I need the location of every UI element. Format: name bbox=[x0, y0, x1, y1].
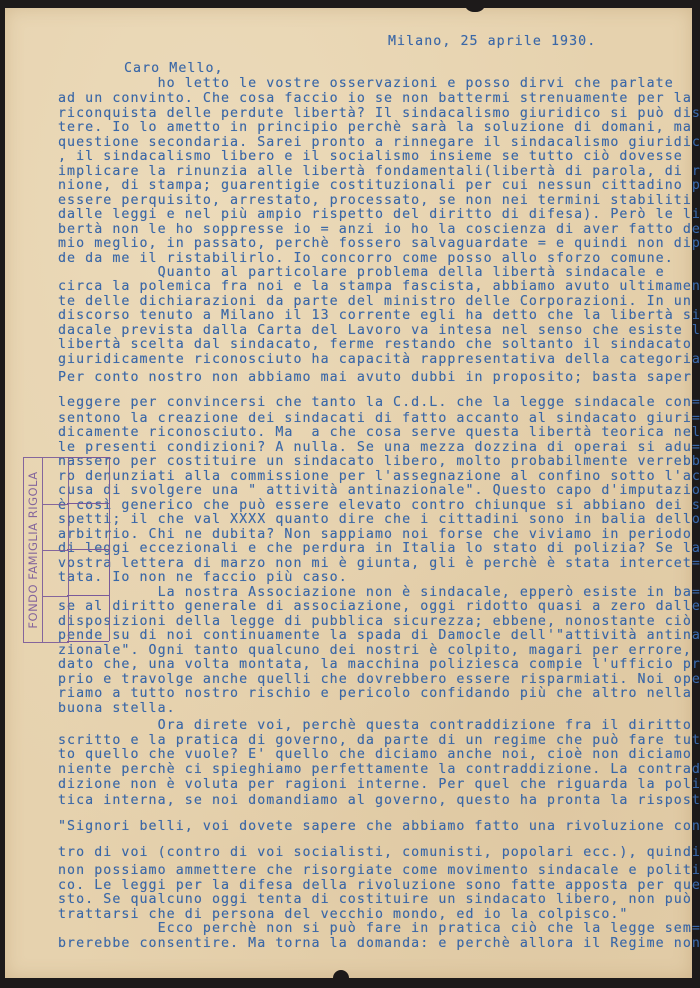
letter-line: zionale". Ogni tanto qualcuno dei nostri… bbox=[58, 644, 692, 658]
letter-line: Ora direte voi, perchè questa contraddiz… bbox=[58, 719, 692, 733]
letter-line: dato che, una volta montata, la macchina… bbox=[58, 658, 700, 672]
letter-line: Quanto al particolare problema della lib… bbox=[58, 266, 665, 280]
stamp-divider bbox=[42, 596, 68, 597]
letter-line: niente perchè ci spieghiamo perfettament… bbox=[58, 763, 700, 777]
stamp-divider bbox=[42, 504, 68, 505]
letter-line: vostra lettera di marzo non mi è giunta,… bbox=[58, 557, 700, 571]
letter-line: Per conto nostro non abbiamo mai avuto d… bbox=[58, 371, 692, 385]
letter-line: nassero per costituire un sindacato libe… bbox=[58, 455, 700, 469]
letter-line: Ecco perchè non si può fare in pratica c… bbox=[58, 922, 700, 936]
letter-line: riamo a tutto nostro rischio e pericolo … bbox=[58, 687, 692, 701]
letter-line: scritto e la pratica di governo, da part… bbox=[58, 734, 700, 748]
letter-line: ad un convinto. Che cosa faccio io se no… bbox=[58, 92, 692, 106]
letter-line: riconquista delle perdute libertà? Il si… bbox=[58, 107, 700, 121]
letter-line: dacale prevista dalla Carta del Lavoro v… bbox=[58, 324, 700, 338]
letter-line: cusa di svolgere una " attività antinazi… bbox=[58, 484, 700, 498]
letter-line: discorso tenuto a Milano il 13 corrente … bbox=[58, 309, 700, 323]
stamp-divider bbox=[67, 549, 109, 550]
letter-line: sto. Se qualcuno oggi tenta di costituir… bbox=[58, 893, 692, 907]
letter-line: circa la polemica fra noi e la stampa fa… bbox=[58, 280, 700, 294]
letter-line: nione, di stampa; guarentigie costituzio… bbox=[58, 179, 700, 193]
date-line: Milano, 25 aprile 1930. bbox=[388, 35, 596, 49]
letter-line: trattarsi che di persona del vecchio mon… bbox=[58, 908, 629, 922]
letter-line: tere. Io lo ametto in principio perchè s… bbox=[58, 121, 700, 135]
letter-line: sentono la creazione dei sindacati di fa… bbox=[58, 412, 700, 426]
letter-line: tro di voi (contro di voi socialisti, co… bbox=[58, 846, 700, 860]
stamp-divider bbox=[109, 457, 110, 641]
letter-line: dicamente riconosciuto. Ma a che cosa se… bbox=[58, 426, 700, 440]
letter-line: mio meglio, in passato, perchè fossero s… bbox=[58, 237, 700, 251]
paper-tear bbox=[333, 970, 349, 980]
letter-line: se al diritto generale di associazione, … bbox=[58, 600, 700, 614]
paper-tear bbox=[464, 2, 486, 12]
letter-line: to quello che vuole? E' quello che dicia… bbox=[58, 748, 692, 762]
letter-line: prio e travolge anche quelli che dovrebb… bbox=[58, 673, 700, 687]
letter-line: dizione non è voluta per ragioni interne… bbox=[58, 778, 700, 792]
letter-line: brerebbe consentire. Ma torna la domanda… bbox=[58, 937, 700, 951]
letter-line: tica interna, se noi domandiamo al gover… bbox=[58, 794, 700, 808]
letter-line: dalle leggi e nel più ampio rispetto del… bbox=[58, 208, 700, 222]
letter-line: di leggi eccezionali e che perdura in It… bbox=[58, 542, 700, 556]
letter-line: co. Le leggi per la difesa della rivoluz… bbox=[58, 879, 700, 893]
letter-line: libertà scelta dal sindacato, ferme rest… bbox=[58, 338, 692, 352]
letter-line: giuridicamente riconosciuto ha capacità … bbox=[58, 353, 700, 367]
letter-line: disposizioni della legge di pubblica sic… bbox=[58, 615, 692, 629]
letter-line: buona stella. bbox=[58, 702, 176, 716]
salutation: Caro Mello, bbox=[124, 62, 224, 76]
letter-line: , il sindacalismo libero e il socialismo… bbox=[58, 150, 683, 164]
letter-line: non possiamo ammettere che risorgiate co… bbox=[58, 864, 700, 878]
letter-line: te delle dichiarazioni da parte del mini… bbox=[58, 295, 692, 309]
stamp-divider bbox=[67, 503, 109, 504]
letter-line: tata. Io non ne faccio più caso. bbox=[58, 571, 348, 585]
letter-line: essere perquisito, arrestato, processato… bbox=[58, 194, 692, 208]
archive-stamp: FONDO FAMIGLIA RIGOLA bbox=[23, 457, 69, 643]
letter-line: è così generico che può essere elevato c… bbox=[58, 499, 700, 513]
stamp-label-column: FONDO FAMIGLIA RIGOLA bbox=[24, 458, 43, 642]
letter-line: pende su di noi continuamente la spada d… bbox=[58, 629, 700, 643]
stamp-divider bbox=[67, 595, 109, 596]
letter-line: implicare la rinunzia alle libertà fonda… bbox=[58, 165, 700, 179]
stamp-divider bbox=[67, 457, 109, 458]
stamp-divider bbox=[42, 550, 68, 551]
stamp-text: FONDO FAMIGLIA RIGOLA bbox=[26, 471, 40, 628]
letter-line: ro denunziati alla commissione per l'ass… bbox=[58, 470, 700, 484]
letter-line: ho letto le vostre osservazioni e posso … bbox=[58, 77, 674, 91]
letter-line: leggere per convincersi che tanto la C.d… bbox=[58, 396, 700, 410]
letter-line: de da me il ristabilirlo. Io concorro co… bbox=[58, 252, 674, 266]
letter-line: "Signori belli, voi dovete sapere che ab… bbox=[58, 820, 700, 834]
letter-line: La nostra Associazione non è sindacale, … bbox=[58, 586, 700, 600]
letter-line: questione secondaria. Sarei pronto a rin… bbox=[58, 136, 700, 150]
letter-line: bertà non le ho soppresse io = anzi io h… bbox=[58, 223, 700, 237]
letter-line: spetti; il che val XXXX quanto dire che … bbox=[58, 513, 700, 527]
letter-line: le presenti condizioni? A nulla. Se una … bbox=[58, 441, 700, 455]
stamp-divider bbox=[67, 641, 109, 642]
letter-line: arbitrio. Chi ne dubita? Non sappiamo no… bbox=[58, 528, 692, 542]
